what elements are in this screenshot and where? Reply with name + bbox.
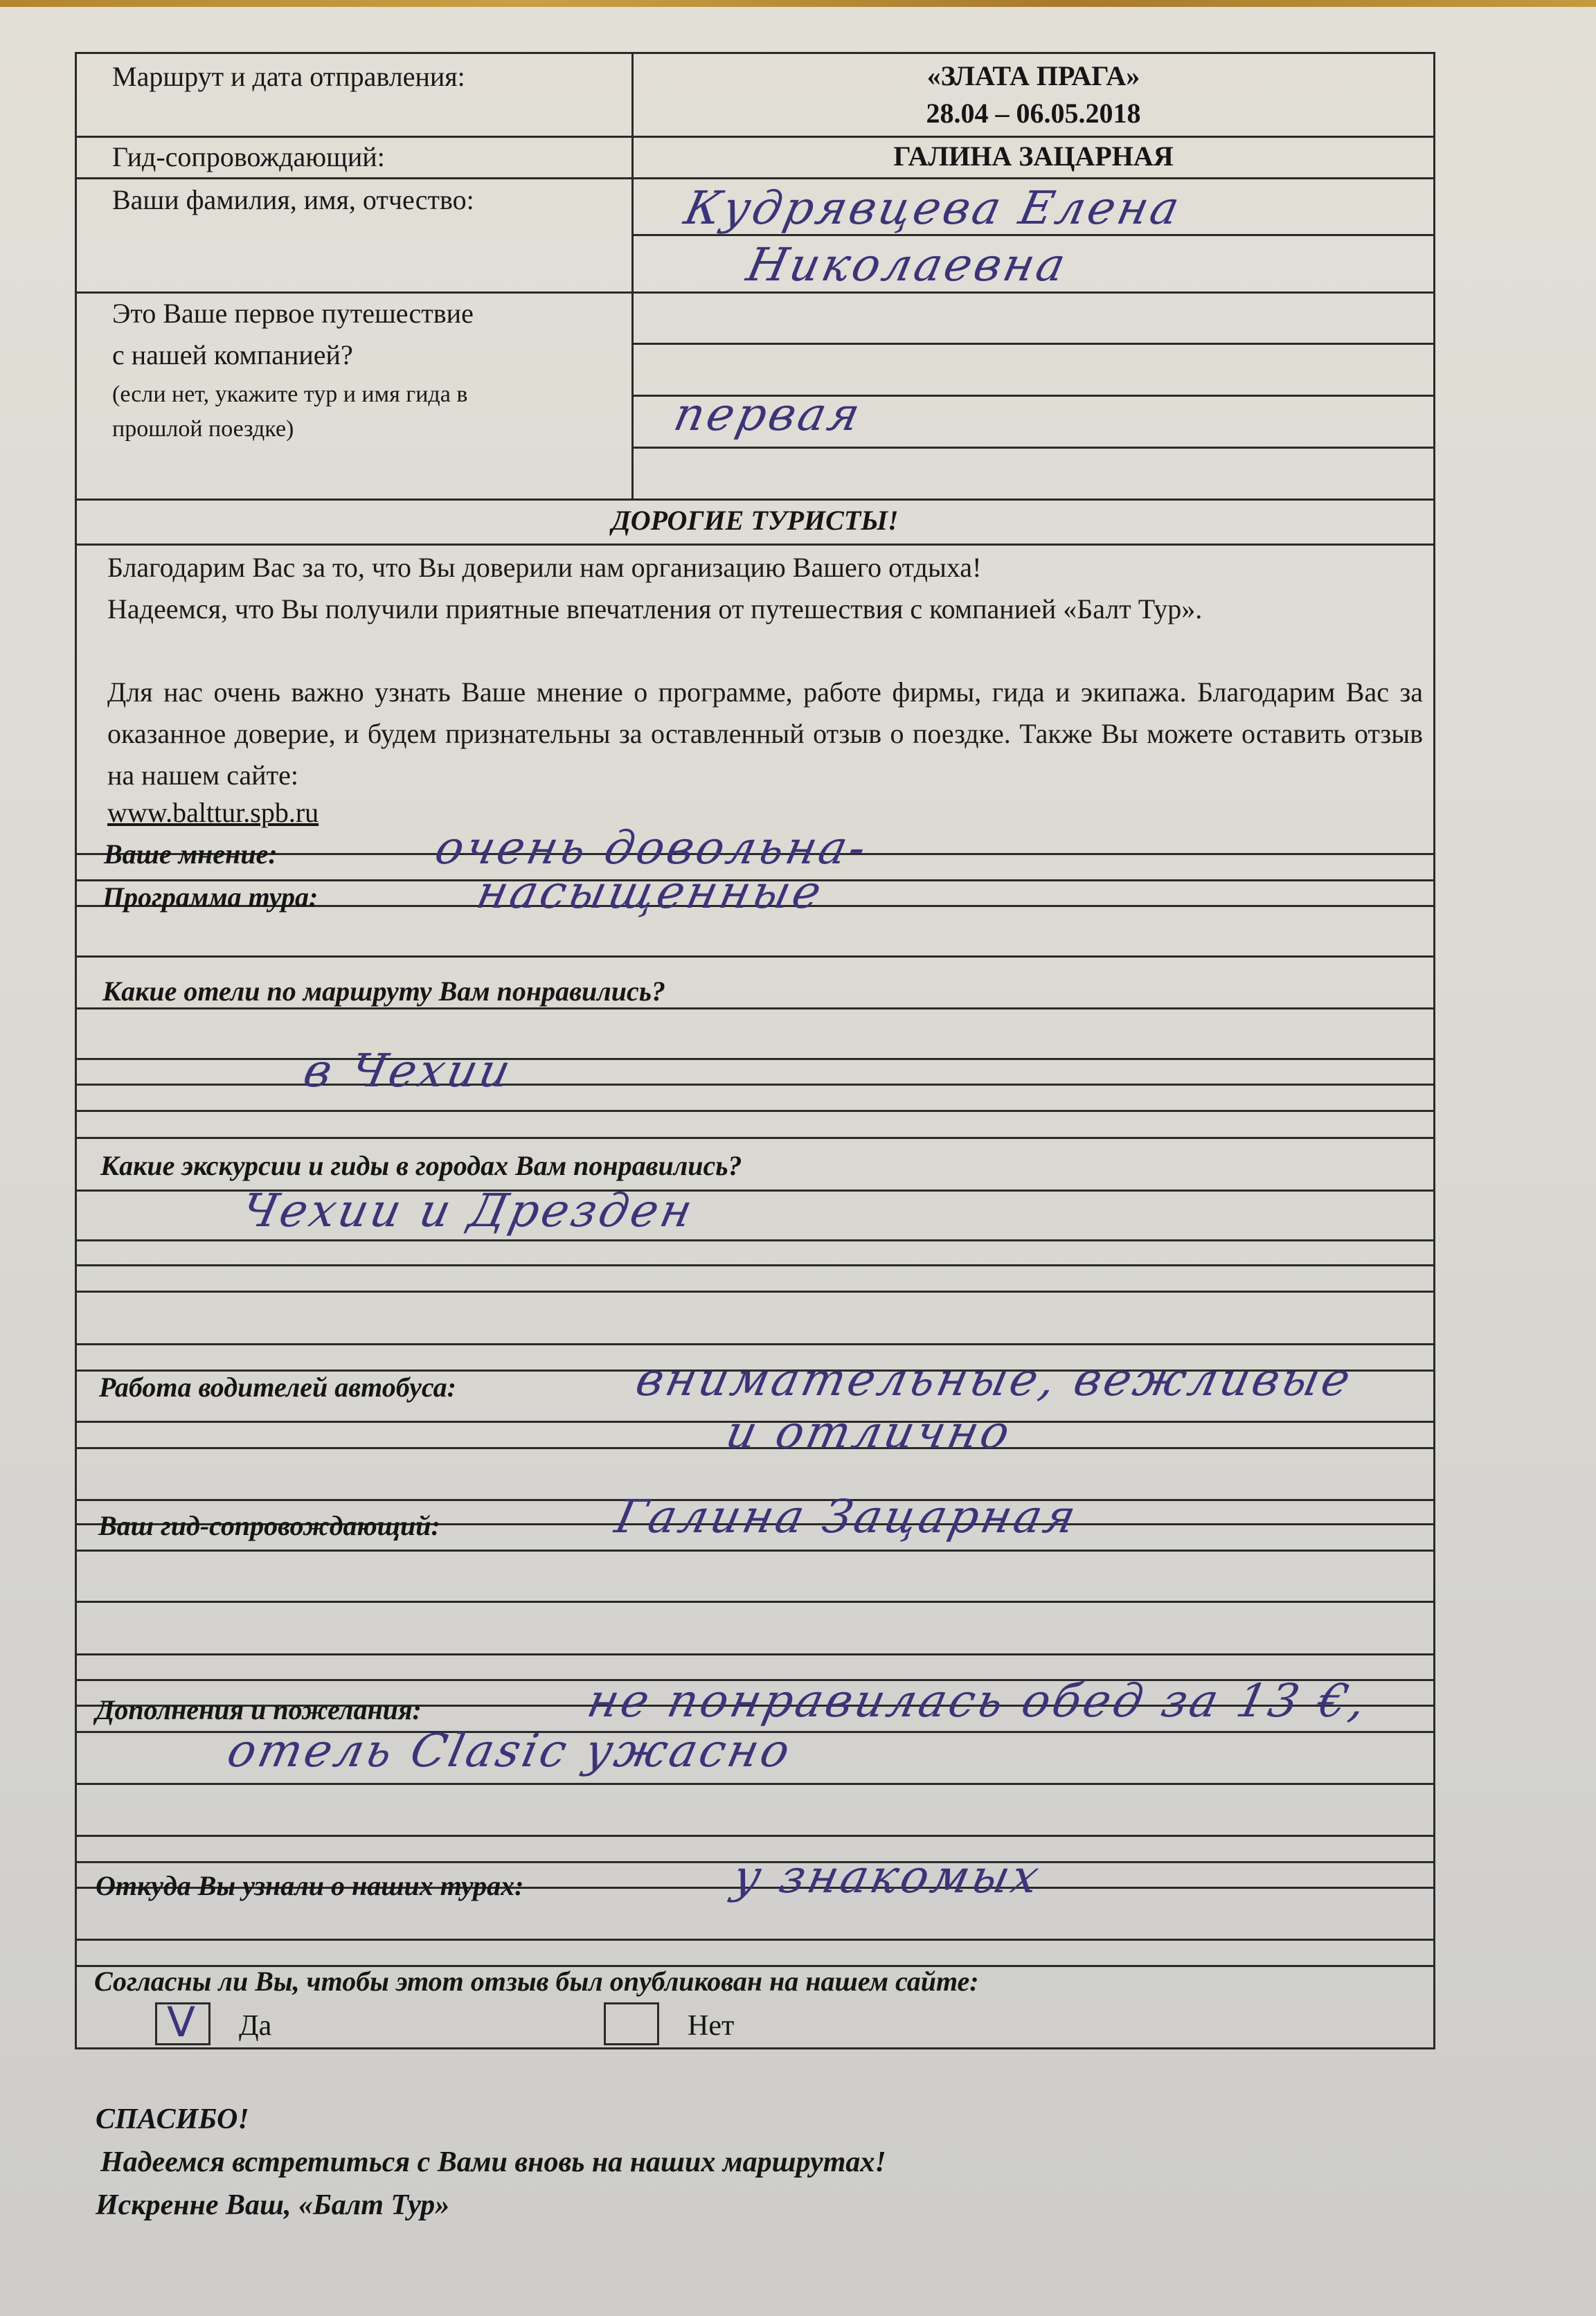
intro-heading: ДОРОГИЕ ТУРИСТЫ! bbox=[75, 504, 1435, 537]
ruled-line bbox=[75, 1343, 1435, 1345]
ruled-line bbox=[75, 1653, 1435, 1655]
ruled-line bbox=[75, 1264, 1435, 1266]
route-dates: 28.04 – 06.05.2018 bbox=[634, 97, 1433, 129]
ruled-line bbox=[75, 955, 1435, 958]
drivers-answer-line1[interactable]: внимательные, вежливые bbox=[631, 1353, 1358, 1406]
hotels-answer[interactable]: в Чехии bbox=[299, 1044, 518, 1097]
publish-no-label: Нет bbox=[688, 2009, 734, 2043]
additions-label: Дополнения и пожелания: bbox=[96, 1694, 422, 1726]
drivers-answer-line2[interactable]: и отлично bbox=[721, 1406, 1017, 1459]
publish-yes-checkbox[interactable]: V bbox=[155, 2002, 210, 2045]
additions-answer-line1[interactable]: не понравилась обед за 13 €, bbox=[583, 1674, 1374, 1727]
row-divider bbox=[75, 544, 1435, 546]
first-trip-answer[interactable]: первая bbox=[670, 388, 868, 441]
ruled-line bbox=[75, 1084, 1435, 1086]
row-divider bbox=[75, 499, 1435, 501]
intro-line-1: Благодарим Вас за то, что Вы доверили на… bbox=[107, 547, 1423, 589]
row-divider bbox=[631, 343, 1435, 345]
intro-line-2: Надеемся, что Вы получили приятные впеча… bbox=[107, 589, 1423, 630]
publish-label: Согласны ли Вы, чтобы этот отзыв был опу… bbox=[94, 1965, 979, 1998]
ruled-line bbox=[75, 1783, 1435, 1785]
program-answer[interactable]: насыщенные bbox=[472, 865, 829, 919]
ruled-line bbox=[75, 1550, 1435, 1552]
first-trip-label-1: Это Ваше первое путешествие bbox=[112, 298, 474, 330]
row-divider bbox=[75, 177, 1435, 179]
excursions-answer[interactable]: Чехии и Дрезден bbox=[237, 1184, 699, 1237]
ruled-line bbox=[75, 1007, 1435, 1009]
fullname-answer-line2[interactable]: Николаевна bbox=[742, 238, 1073, 291]
guide-feedback-label: Ваш гид-сопровождающий: bbox=[98, 1509, 440, 1542]
source-answer[interactable]: у знакомых bbox=[728, 1850, 1046, 1903]
intro-line-3: Для нас очень важно узнать Ваше мнение о… bbox=[107, 672, 1423, 796]
check-mark-icon: V bbox=[167, 2002, 195, 2043]
source-label: Откуда Вы узнали о наших турах: bbox=[96, 1869, 523, 1902]
guide-feedback-answer[interactable]: Галина Зацарная bbox=[611, 1490, 1083, 1543]
guide-name: ГАЛИНА ЗАЦАРНАЯ bbox=[634, 140, 1433, 172]
ruled-line bbox=[75, 1058, 1435, 1060]
hotels-label: Какие отели по маршруту Вам понравились? bbox=[102, 975, 665, 1007]
opinion-label: Ваше мнение: bbox=[104, 838, 278, 870]
guide-label: Гид-сопровождающий: bbox=[112, 141, 385, 173]
footer-thanks: СПАСИБО! bbox=[96, 2098, 249, 2141]
publish-no-checkbox[interactable] bbox=[604, 2002, 659, 2045]
row-divider bbox=[75, 291, 1435, 294]
first-trip-hint-1: (если нет, укажите тур и имя гида в bbox=[112, 381, 467, 408]
ruled-line bbox=[75, 1601, 1435, 1603]
drivers-label: Работа водителей автобуса: bbox=[99, 1371, 456, 1403]
ruled-line bbox=[75, 1835, 1435, 1837]
fullname-label: Ваши фамилия, имя, отчество: bbox=[112, 184, 474, 216]
ruled-line bbox=[75, 1110, 1435, 1112]
first-trip-hint-2: прошлой поездке) bbox=[112, 415, 294, 442]
fullname-answer-line1[interactable]: Кудрявцева Елена bbox=[680, 181, 1187, 235]
excursions-label: Какие экскурсии и гиды в городах Вам пон… bbox=[100, 1149, 742, 1182]
footer-signature: Искренне Ваш, «Балт Тур» bbox=[96, 2184, 449, 2227]
row-divider bbox=[631, 447, 1435, 449]
footer-hope: Надеемся встретиться с Вами вновь на наш… bbox=[100, 2141, 886, 2184]
ruled-line bbox=[75, 1939, 1435, 1941]
ruled-line bbox=[75, 1291, 1435, 1293]
additions-answer-line2[interactable]: отель Clasic ужасно bbox=[223, 1724, 797, 1777]
website-link[interactable]: www.balttur.spb.ru bbox=[107, 796, 319, 829]
row-divider bbox=[75, 136, 1435, 138]
publish-yes-label: Да bbox=[239, 2009, 271, 2043]
ruled-line bbox=[75, 1137, 1435, 1139]
program-label: Программа тура: bbox=[102, 881, 318, 913]
first-trip-label-2: с нашей компанией? bbox=[112, 339, 353, 371]
desk-edge bbox=[0, 0, 1596, 7]
route-label: Маршрут и дата отправления: bbox=[112, 61, 465, 93]
route-name: «ЗЛАТА ПРАГА» bbox=[634, 60, 1433, 92]
ruled-line bbox=[75, 1239, 1435, 1241]
